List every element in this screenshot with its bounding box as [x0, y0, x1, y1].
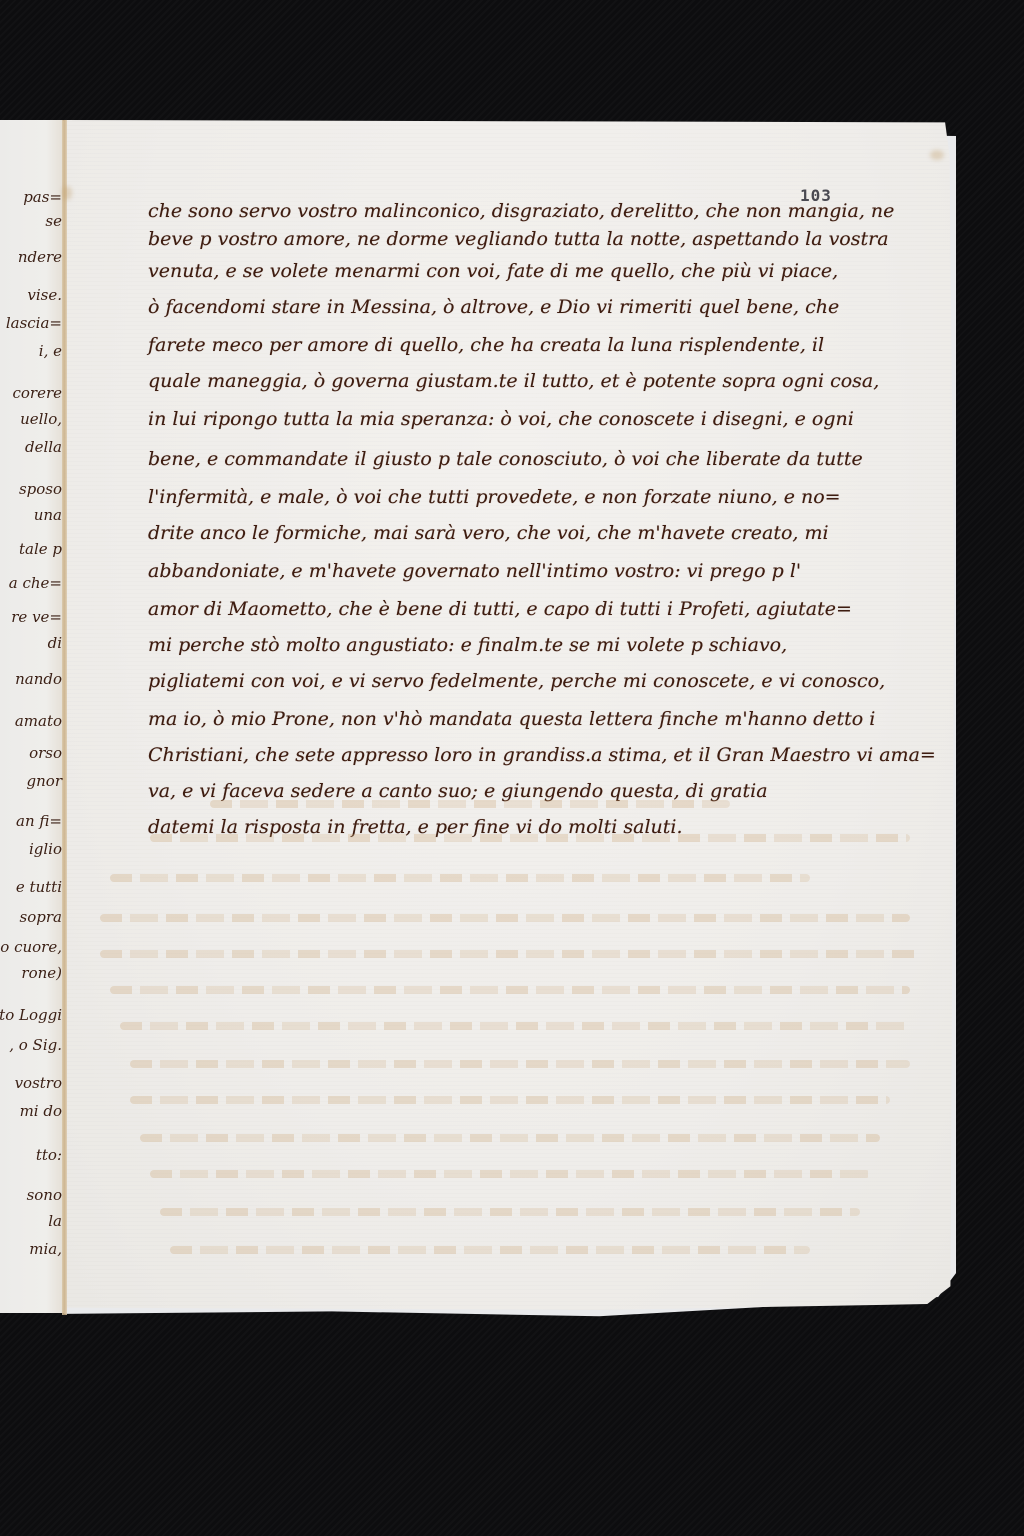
left-line: vostro — [15, 1074, 62, 1092]
left-line: i, e — [39, 342, 62, 360]
left-line: della — [25, 438, 62, 456]
left-line: tto: — [36, 1146, 62, 1164]
left-line: nando — [15, 670, 62, 688]
text-line: drite anco le formiche, mai sarà vero, c… — [148, 522, 829, 544]
left-line: iglio — [29, 840, 62, 858]
left-line: a che= — [9, 574, 62, 592]
ink-stain — [62, 186, 72, 200]
left-line: orso — [29, 744, 62, 762]
text-line: quale maneggia, ò governa giustam.te il … — [148, 370, 879, 392]
left-line: lascia= — [6, 314, 62, 332]
left-line: re ve= — [11, 608, 62, 626]
left-line: gnor — [27, 772, 62, 790]
binding-gutter — [62, 120, 67, 1315]
left-line: corere — [12, 384, 62, 402]
left-line: rone) — [21, 964, 62, 982]
left-line: sposo — [19, 480, 62, 498]
left-line: o cuore, — [0, 938, 62, 956]
left-line: an fi= — [16, 812, 62, 830]
left-line: vise. — [27, 286, 62, 304]
text-line: bene, e commandate il giusto p tale cono… — [148, 448, 863, 470]
left-line: , o Sig. — [9, 1036, 62, 1054]
verso-bleed-through — [90, 790, 930, 1270]
text-line: che sono servo vostro malinconico, disgr… — [148, 200, 894, 222]
left-line: amato — [15, 712, 62, 730]
left-line: pas= — [23, 188, 62, 206]
left-line: sono — [27, 1186, 62, 1204]
left-line: mia, — [29, 1240, 62, 1258]
text-line: farete meco per amore di quello, che ha … — [148, 334, 824, 356]
left-line: una — [34, 506, 62, 524]
text-line: ò facendomi stare in Messina, ò altrove,… — [148, 296, 839, 318]
left-line: uello, — [20, 410, 62, 428]
left-line: sopra — [20, 908, 62, 926]
text-line: ma io, ò mio Prone, non v'hò mandata que… — [148, 708, 875, 730]
left-line: tale p — [19, 540, 62, 558]
text-line: in lui ripongo tutta la mia speranza: ò … — [148, 408, 854, 430]
left-line: di — [48, 634, 62, 652]
text-line: mi perche stò molto angustiato: e finalm… — [148, 634, 787, 656]
left-line: to Loggi — [0, 1006, 62, 1024]
text-line: beve p vostro amore, ne dorme vegliando … — [148, 228, 889, 250]
left-line: ndere — [18, 248, 62, 266]
left-line: la — [48, 1212, 62, 1230]
text-line: venuta, e se volete menarmi con voi, fat… — [148, 260, 838, 282]
left-line: e tutti — [16, 878, 62, 896]
left-line: se — [45, 212, 62, 230]
text-line: l'infermità, e male, ò voi che tutti pro… — [148, 486, 841, 508]
text-line: pigliatemi con voi, e vi servo fedelment… — [148, 670, 885, 692]
text-line: Christiani, che sete appresso loro in gr… — [148, 744, 936, 766]
left-line: mi do — [20, 1102, 62, 1120]
corner-stain — [930, 150, 944, 160]
text-line: amor di Maometto, che è bene di tutti, e… — [148, 598, 852, 620]
text-line: abbandoniate, e m'havete governato nell'… — [148, 560, 801, 582]
